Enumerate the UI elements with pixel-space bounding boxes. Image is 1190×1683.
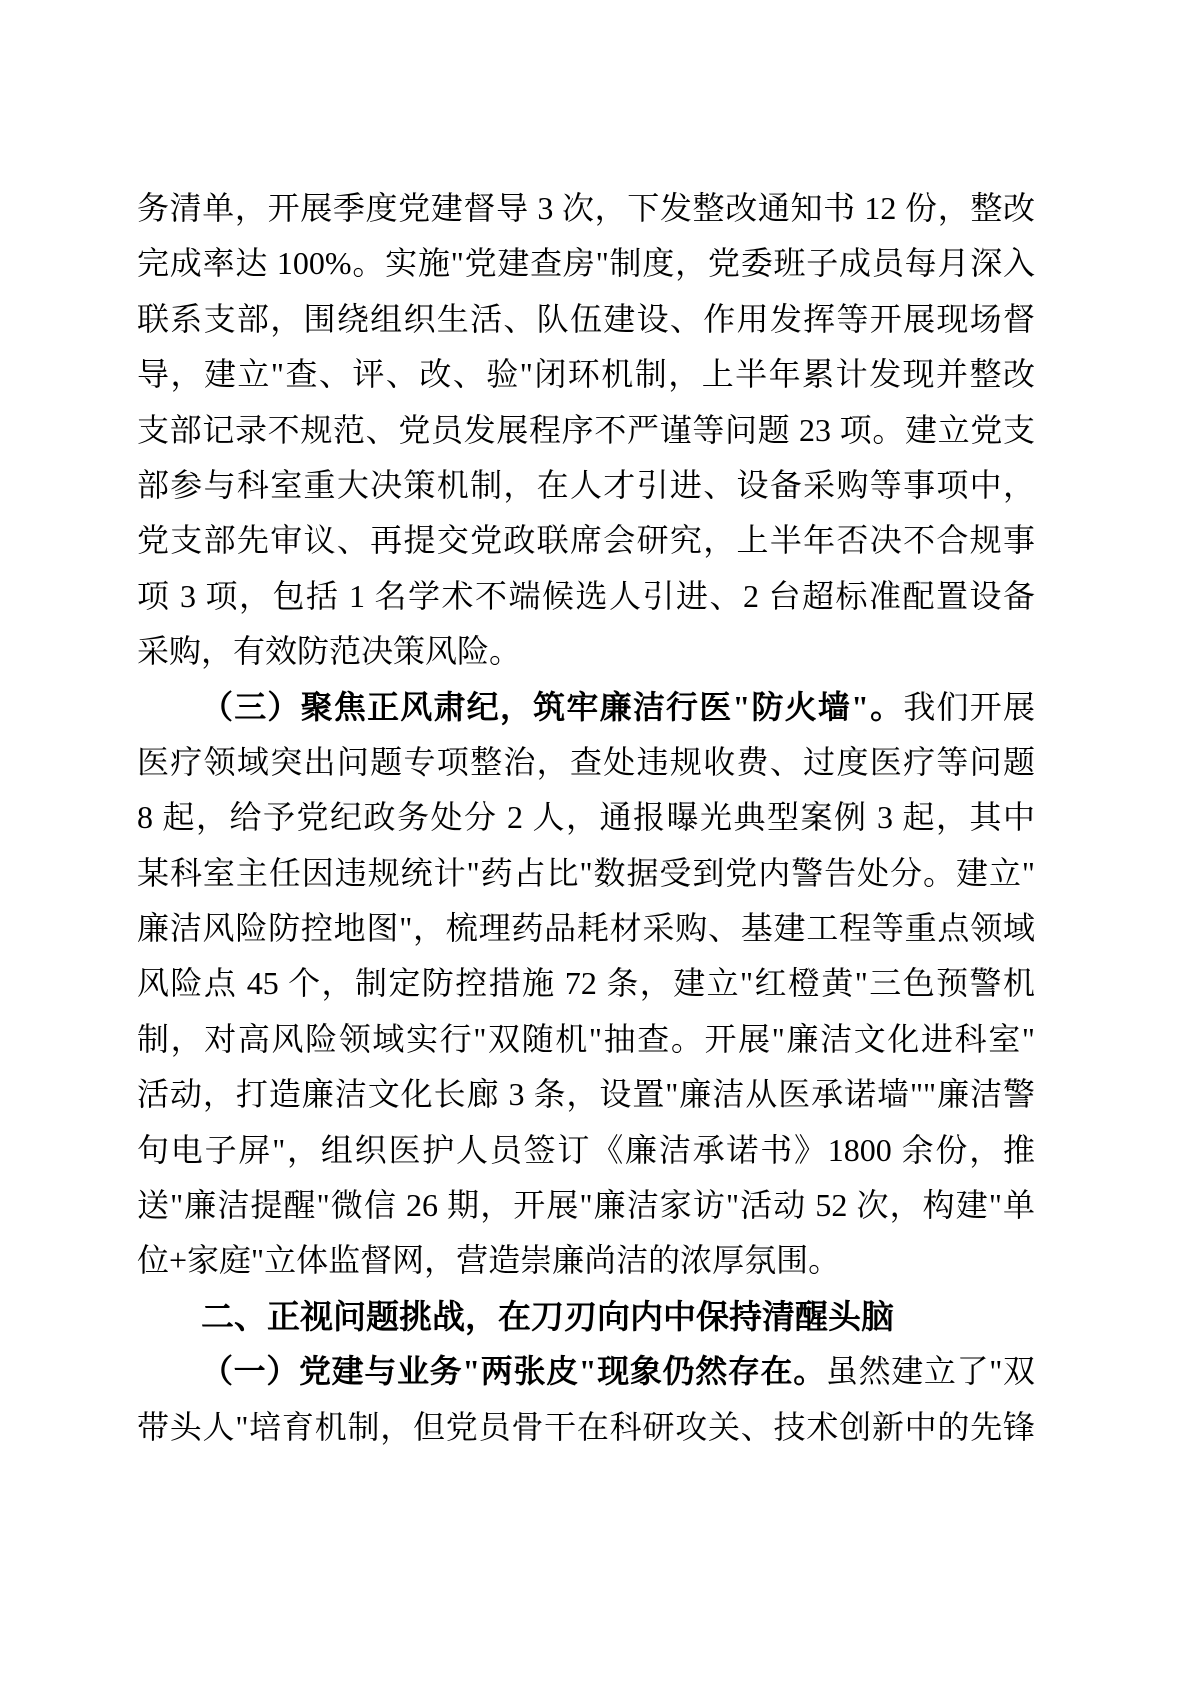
text-segment: 我们开展 bbox=[903, 689, 1035, 725]
text-segment: 制，对高风险领域实行"双随机"抽查。开展"廉洁文化进科室" bbox=[137, 1021, 1035, 1057]
text-segment: 廉洁风险防控地图"，梳理药品耗材采购、基建工程等重点领域 bbox=[137, 910, 1035, 946]
text-line: 医疗领域突出问题专项整治，查处违规收费、过度医疗等问题 bbox=[137, 735, 1035, 790]
text-line: 廉洁风险防控地图"，梳理药品耗材采购、基建工程等重点领域 bbox=[137, 901, 1035, 956]
text-segment: 8 起，给予党纪政务处分 2 人，通报曝光典型案例 3 起，其中 bbox=[137, 799, 1035, 835]
text-segment: 党支部先审议、再提交党政联席会研究，上半年否决不合规事 bbox=[137, 522, 1035, 558]
text-line: 项 3 项，包括 1 名学术不端候选人引进、2 台超标准配置设备 bbox=[137, 569, 1035, 624]
text-segment: 采购，有效防范决策风险。 bbox=[137, 633, 521, 669]
document-body: 务清单，开展季度党建督导 3 次，下发整改通知书 12 份，整改完成率达 100… bbox=[137, 181, 1035, 1455]
text-segment: 位+家庭"立体监督网，营造崇廉尚洁的浓厚氛围。 bbox=[137, 1242, 840, 1278]
text-line: 某科室主任因违规统计"药占比"数据受到党内警告处分。建立" bbox=[137, 846, 1035, 901]
text-segment: 务清单，开展季度党建督导 3 次，下发整改通知书 12 份，整改 bbox=[137, 190, 1035, 226]
text-line: 句电子屏"，组织医护人员签订《廉洁承诺书》1800 余份，推 bbox=[137, 1123, 1035, 1178]
text-segment: （三）聚焦正风肃纪，筑牢廉洁行医"防火墙"。 bbox=[201, 689, 903, 725]
text-segment: 项 3 项，包括 1 名学术不端候选人引进、2 台超标准配置设备 bbox=[137, 578, 1035, 614]
text-line: 完成率达 100%。实施"党建查房"制度，党委班子成员每月深入 bbox=[137, 236, 1035, 291]
text-segment: 联系支部，围绕组织生活、队伍建设、作用发挥等开展现场督 bbox=[137, 301, 1035, 337]
text-line: 党支部先审议、再提交党政联席会研究，上半年否决不合规事 bbox=[137, 513, 1035, 568]
text-segment: 完成率达 100%。实施"党建查房"制度，党委班子成员每月深入 bbox=[137, 245, 1035, 281]
text-segment: 活动，打造廉洁文化长廊 3 条，设置"廉洁从医承诺墙""廉洁警 bbox=[137, 1076, 1035, 1112]
text-line: 送"廉洁提醒"微信 26 期，开展"廉洁家访"活动 52 次，构建"单 bbox=[137, 1178, 1035, 1233]
section-heading: 二、正视问题挑战，在刀刃向内中保持清醒头脑 bbox=[137, 1289, 1035, 1344]
text-line: 8 起，给予党纪政务处分 2 人，通报曝光典型案例 3 起，其中 bbox=[137, 790, 1035, 845]
text-segment: （一）党建与业务"两张皮"现象仍然存在。 bbox=[201, 1353, 826, 1389]
text-segment: 医疗领域突出问题专项整治，查处违规收费、过度医疗等问题 bbox=[137, 744, 1035, 780]
text-line: （一）党建与业务"两张皮"现象仍然存在。虽然建立了"双 bbox=[137, 1344, 1035, 1399]
text-segment: 导，建立"查、评、改、验"闭环机制，上半年累计发现并整改 bbox=[137, 356, 1035, 392]
document-page: 务清单，开展季度党建督导 3 次，下发整改通知书 12 份，整改完成率达 100… bbox=[0, 0, 1190, 1683]
text-line: 导，建立"查、评、改、验"闭环机制，上半年累计发现并整改 bbox=[137, 347, 1035, 402]
text-segment: 虽然建立了"双 bbox=[826, 1353, 1035, 1389]
text-segment: 风险点 45 个，制定防控措施 72 条，建立"红橙黄"三色预警机 bbox=[137, 965, 1035, 1001]
text-segment: 送"廉洁提醒"微信 26 期，开展"廉洁家访"活动 52 次，构建"单 bbox=[137, 1187, 1035, 1223]
text-segment: 支部记录不规范、党员发展程序不严谨等问题 23 项。建立党支 bbox=[137, 412, 1035, 448]
text-segment: 句电子屏"，组织医护人员签订《廉洁承诺书》1800 余份，推 bbox=[137, 1132, 1035, 1168]
text-line: 支部记录不规范、党员发展程序不严谨等问题 23 项。建立党支 bbox=[137, 403, 1035, 458]
text-line: 活动，打造廉洁文化长廊 3 条，设置"廉洁从医承诺墙""廉洁警 bbox=[137, 1067, 1035, 1122]
text-line: 联系支部，围绕组织生活、队伍建设、作用发挥等开展现场督 bbox=[137, 292, 1035, 347]
text-line: 制，对高风险领域实行"双随机"抽查。开展"廉洁文化进科室" bbox=[137, 1012, 1035, 1067]
text-segment: 二、正视问题挑战，在刀刃向内中保持清醒头脑 bbox=[201, 1298, 894, 1335]
text-segment: 某科室主任因违规统计"药占比"数据受到党内警告处分。建立" bbox=[137, 855, 1035, 891]
text-segment: 带头人"培育机制，但党员骨干在科研攻关、技术创新中的先锋 bbox=[137, 1409, 1035, 1445]
text-line: 带头人"培育机制，但党员骨干在科研攻关、技术创新中的先锋 bbox=[137, 1400, 1035, 1455]
text-segment: 部参与科室重大决策机制，在人才引进、设备采购等事项中， bbox=[137, 467, 1035, 503]
text-line: 务清单，开展季度党建督导 3 次，下发整改通知书 12 份，整改 bbox=[137, 181, 1035, 236]
text-line: （三）聚焦正风肃纪，筑牢廉洁行医"防火墙"。我们开展 bbox=[137, 680, 1035, 735]
text-line: 位+家庭"立体监督网，营造崇廉尚洁的浓厚氛围。 bbox=[137, 1233, 1035, 1288]
text-line: 部参与科室重大决策机制，在人才引进、设备采购等事项中， bbox=[137, 458, 1035, 513]
text-line: 采购，有效防范决策风险。 bbox=[137, 624, 1035, 679]
text-line: 风险点 45 个，制定防控措施 72 条，建立"红橙黄"三色预警机 bbox=[137, 956, 1035, 1011]
